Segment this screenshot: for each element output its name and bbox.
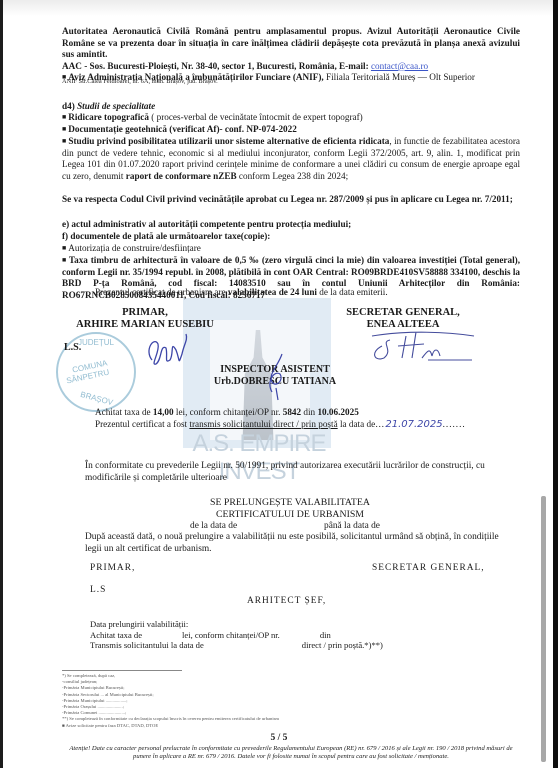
validity-post: de la data emiterii. xyxy=(317,287,388,297)
from-date-label: de la data de xyxy=(190,521,237,531)
secretar-signature-icon xyxy=(368,328,478,368)
receipt-date: 10.06.2025 xyxy=(317,407,358,417)
aac-address: AAC - Sos. Bucuresti-Ploiești, Nr. 38-40… xyxy=(62,61,371,71)
d4-heading: d4) Studii de specialitate xyxy=(62,101,520,113)
transmission-method: transmis solicitantului direct / prin po… xyxy=(189,419,337,429)
d4-label: d4) xyxy=(62,101,75,111)
ext-achitat-lei: lei, conform chitanței/OP nr. xyxy=(182,630,280,640)
topo-detail: ( proces-verbal de vecinătate întocmit d… xyxy=(149,112,363,122)
footnotes: *) Se completează, după caz, -consiliul … xyxy=(62,673,502,729)
validity-pre: Prezentul certificat de urbanism are xyxy=(95,287,228,297)
item-e-text: e) actul administrativ al autorității co… xyxy=(62,219,351,229)
extension-payment-row: Achitat taxa delei, conform chitanței/OP… xyxy=(90,630,383,641)
dots-leader: … xyxy=(375,419,385,429)
receipt-number: 5842 xyxy=(283,407,301,417)
topo-title: Ridicare topografică xyxy=(68,112,149,122)
payment-amount: 14,00 xyxy=(153,407,174,417)
extension-heading: SE PRELUNGEȘTE VALABILITATEA CERTIFICATU… xyxy=(185,497,395,521)
transmission-post: la data de xyxy=(338,419,376,429)
to-date-label: până la data de xyxy=(324,521,380,531)
dots-leader: ....... xyxy=(443,419,466,429)
transmission-line: Prezentul certificat a fost transmis sol… xyxy=(95,419,535,431)
primar-signature-block: PRIMAR, ARHIRE MARIAN EUSEBIU xyxy=(55,307,235,331)
primar-title: PRIMAR, xyxy=(122,307,168,318)
bullet-square-icon: ■ xyxy=(62,125,66,133)
payment-mid: lei, conform chitanței/OP nr. xyxy=(174,407,283,417)
studiu-title: Studiu privind posibilitatea utilizarii … xyxy=(68,136,389,146)
document-page: A.S. EMPIRE INVEST Autoritatea Aeronauti… xyxy=(0,0,558,768)
ls-text: L.S. xyxy=(64,342,81,353)
ext-achitat-din: din xyxy=(320,630,331,640)
ext-achitat-pre: Achitat taxa de xyxy=(90,630,142,640)
ext-transmis-pre: Transmis solicitantului la data de xyxy=(90,640,204,650)
nzeb-report: raport de conformare nZEB xyxy=(126,171,237,181)
footnote-line: ■ Avize solicitate pentru faza DTAC, DTA… xyxy=(62,723,502,729)
gdpr-notice: Atenție! Date cu caracter personal prelu… xyxy=(62,745,520,762)
item-autorizatie: ■Autorizația de construire/desființare xyxy=(62,243,520,255)
cod-civil-text: Se va respecta Codul Civil privind vecin… xyxy=(62,194,513,204)
bullet-square-icon: ■ xyxy=(62,244,66,252)
payment-pre: Achitat taxa de xyxy=(95,407,153,417)
extension-secretar: SECRETAR GENERAL, xyxy=(372,563,485,573)
bullet-square-icon: ■ xyxy=(62,113,66,121)
bullet-square-icon: ■ xyxy=(62,137,66,145)
extension-details: Data prelungirii valabilității: Achitat … xyxy=(90,619,383,651)
secretar-title: SECRETAR GENERAL, xyxy=(346,307,460,318)
aac-text: Autoritatea Aeronautică Civilă Română pe… xyxy=(62,26,520,59)
item-f-text: f) documentele de plată ale următoarelor… xyxy=(62,231,270,241)
cod-civil: Se va respecta Codul Civil privind vecin… xyxy=(62,194,520,206)
ls-label: L.S. xyxy=(64,342,81,353)
ext-transmis-post: direct / prin poștă.*)**) xyxy=(302,640,383,650)
payment-line: Achitat taxa de 14,00 lei, conform chita… xyxy=(95,407,525,419)
validity-period: valabilitatea de 24 luni xyxy=(228,287,317,297)
extension-primar: PRIMAR, xyxy=(90,563,135,573)
extension-note: După această dată, o nouă prelungire a v… xyxy=(85,532,505,555)
footnote-divider xyxy=(62,670,182,671)
primar-name: ARHIRE MARIAN EUSEBIU xyxy=(76,319,214,330)
item-e: e) actul administrativ al autorității co… xyxy=(62,219,520,231)
item-topo: ■Ridicare topografică ( proces-verbal de… xyxy=(62,112,520,124)
extension-heading-1: SE PRELUNGEȘTE VALABILITATEA xyxy=(185,497,395,509)
handwritten-date: 21.07.2025 xyxy=(385,419,442,430)
primar-signature-icon xyxy=(140,330,195,375)
extension-transmission-row: Transmis solicitantului la data dedirect… xyxy=(90,640,383,651)
extension-heading-2: CERTIFICATULUI DE URBANISM xyxy=(185,509,395,521)
validity-line: Prezentul certificat de urbanism are val… xyxy=(95,287,553,299)
item-geo: ■Documentație geotehnică (verificat Af)-… xyxy=(62,124,520,136)
extension-ls: L.S xyxy=(90,585,106,595)
anif-address: ANIF Str.Calea Feldioarei, nr. 6A, mun. … xyxy=(62,78,520,86)
stamp-region: BRAȘOV xyxy=(79,390,114,407)
studiu-end: conform Legea 238 din 2024; xyxy=(237,171,349,181)
extension-arhitect: ARHITECT ȘEF, xyxy=(247,596,326,606)
extension-intro: În conformitate cu prevederile Legii nr.… xyxy=(85,461,495,484)
data-prelungirii: Data prelungirii valabilității: xyxy=(90,619,383,630)
payment-din: din xyxy=(301,407,317,417)
item-studiu: ■Studiu privind posibilitatea utilizarii… xyxy=(62,136,520,182)
d4-title: Studii de specialitate xyxy=(77,101,155,111)
bullet-square-icon: ■ xyxy=(62,256,67,264)
autorizatie-text: Autorizația de construire/desființare xyxy=(68,243,201,253)
inspector-signature-icon xyxy=(262,352,292,402)
transmission-pre: Prezentul certificat a fost xyxy=(95,419,189,429)
aac-paragraph: Autoritatea Aeronautică Civilă Română pe… xyxy=(62,26,520,84)
stamp-county: JUDEȚUL xyxy=(78,338,114,347)
aac-email-link[interactable]: contact@caa.ro xyxy=(371,61,428,71)
geo-title: Documentație geotehnică (verificat Af)- … xyxy=(68,124,297,134)
item-f: f) documentele de plată ale următoarelor… xyxy=(62,231,520,243)
page-number: 5 / 5 xyxy=(0,733,558,743)
